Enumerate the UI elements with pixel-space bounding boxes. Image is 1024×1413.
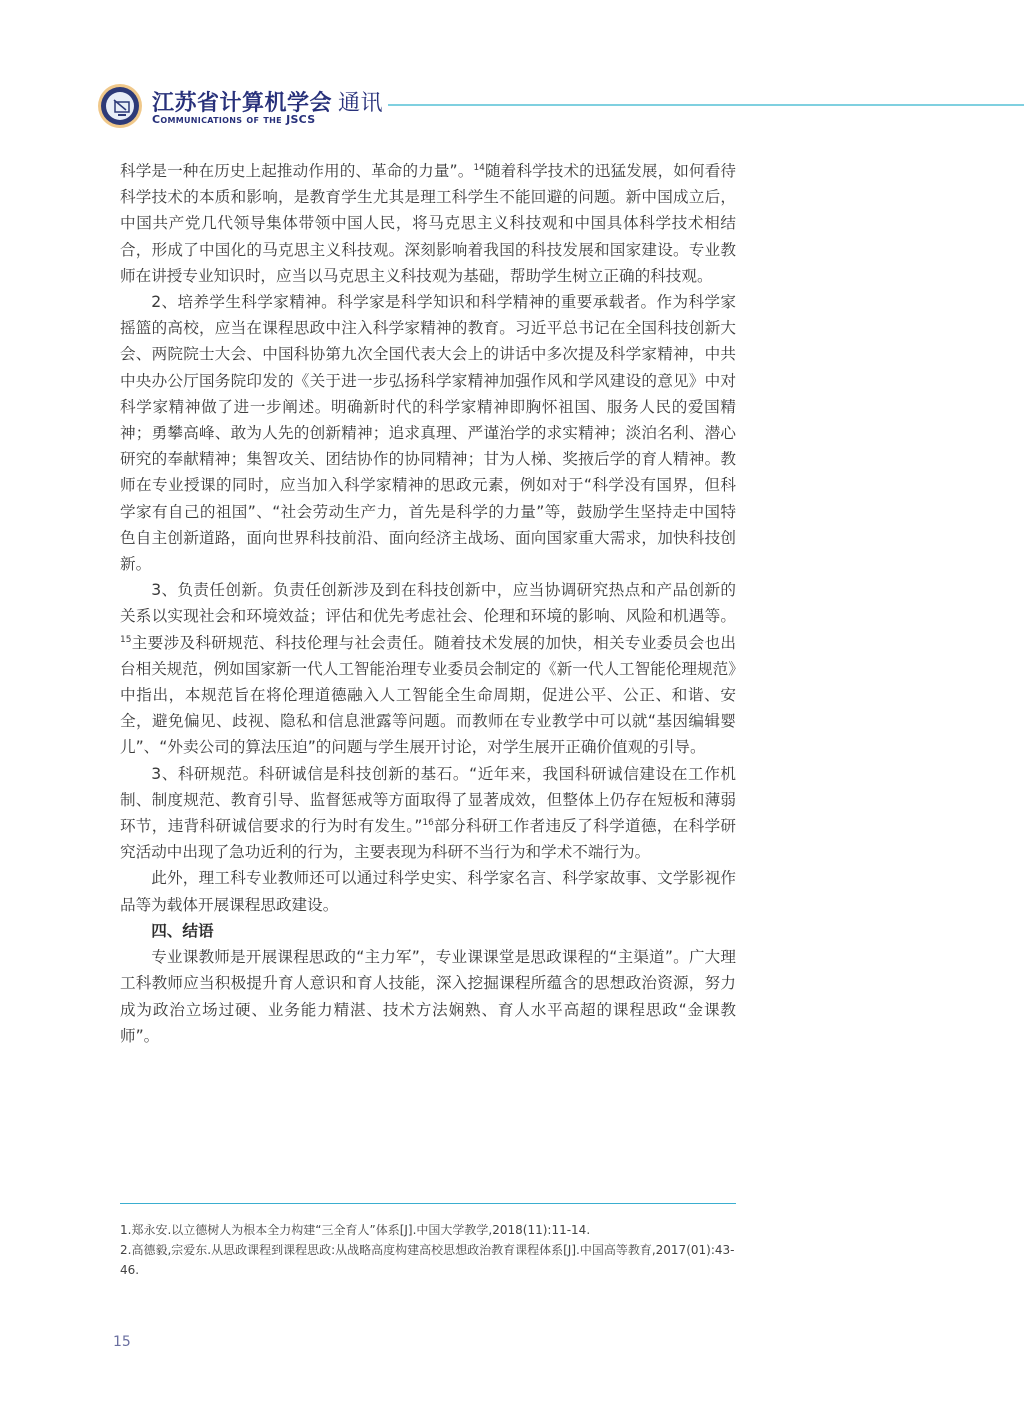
footnote-divider bbox=[120, 1203, 736, 1204]
paragraph: 专业课教师是开展课程思政的“主力军”，专业课课堂是思政课程的“主渠道”。广大理工… bbox=[120, 944, 736, 1049]
header-divider bbox=[388, 104, 1024, 106]
footnote-ref: 15 bbox=[120, 634, 131, 644]
page-header: 江苏省计算机学会通讯 Communications of the JSCS bbox=[0, 0, 1024, 140]
footnote: 1.郑永安.以立德树人为根本全力构建“三全育人”体系[J].中国大学教学,201… bbox=[120, 1220, 736, 1240]
footnote-ref: 14 bbox=[473, 163, 484, 173]
jscs-logo-icon bbox=[98, 84, 142, 128]
paragraph: 3、科研规范。科研诚信是科技创新的基石。“近年来，我国科研诚信建设在工作机制、制… bbox=[120, 761, 736, 866]
paragraph: 3、负责任创新。负责任创新涉及到在科技创新中，应当协调研究热点和产品创新的关系以… bbox=[120, 577, 736, 760]
page-number: 15 bbox=[113, 1334, 131, 1350]
footnotes: 1.郑永安.以立德树人为根本全力构建“三全育人”体系[J].中国大学教学,201… bbox=[120, 1220, 736, 1280]
paragraph: 此外，理工科专业教师还可以通过科学史实、科学家名言、科学家故事、文学影视作品等为… bbox=[120, 865, 736, 917]
paragraph: 2、培养学生科学家精神。科学家是科学知识和科学精神的重要承载者。作为科学家摇篮的… bbox=[120, 289, 736, 577]
article-body: 科学是一种在历史上起推动作用的、革命的力量”。14随着科学技术的迅猛发展，如何看… bbox=[120, 158, 736, 1049]
footnote-ref: 16 bbox=[422, 818, 433, 828]
footnote: 2.高德毅,宗爱东.从思政课程到课程思政:从战略高度构建高校思想政治教育课程体系… bbox=[120, 1240, 736, 1280]
section-heading: 四、结语 bbox=[120, 918, 736, 944]
title-suffix: 通讯 bbox=[338, 91, 383, 116]
publication-title-en: Communications of the JSCS bbox=[152, 113, 315, 126]
paragraph: 科学是一种在历史上起推动作用的、革命的力量”。14随着科学技术的迅猛发展，如何看… bbox=[120, 158, 736, 289]
